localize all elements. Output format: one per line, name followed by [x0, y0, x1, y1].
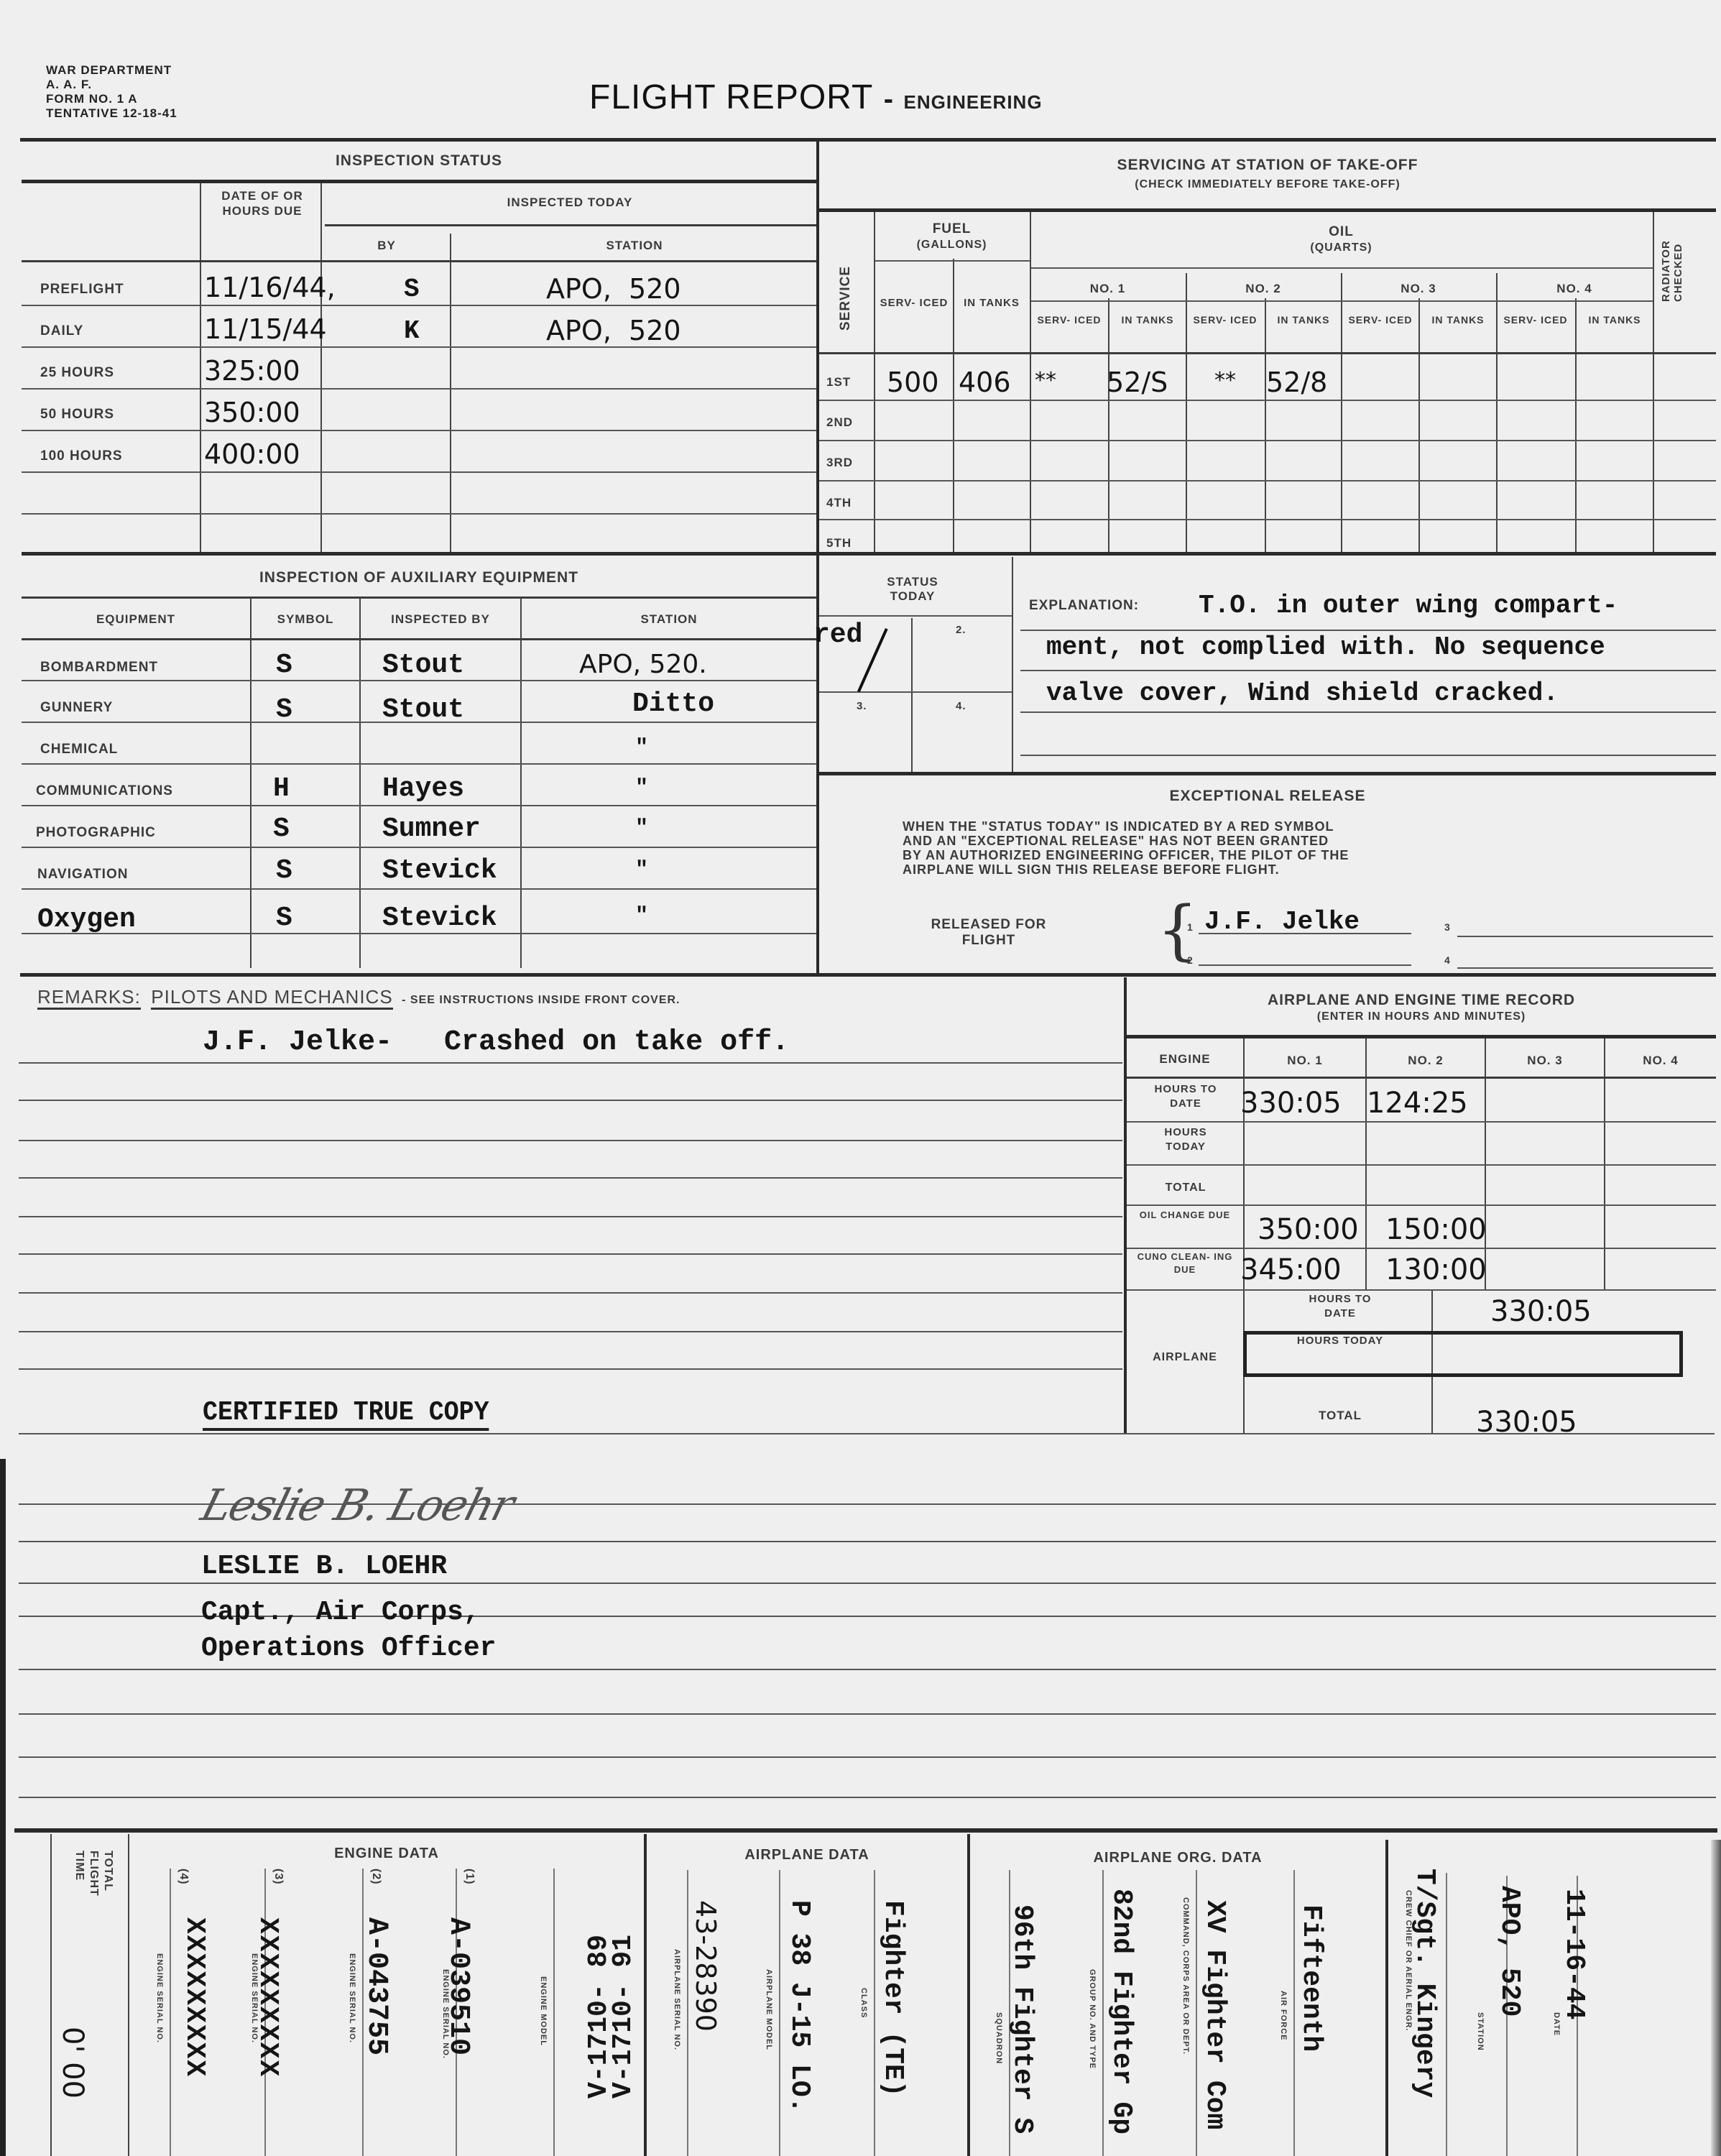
divider: [128, 1834, 129, 2156]
divider: [22, 260, 816, 262]
command-caption: COMMAND, CORPS AREA OR DEPT.: [1181, 1897, 1190, 2055]
divider: [1127, 1121, 1716, 1123]
divider: [520, 598, 522, 968]
signer-rank: Capt., Air Corps,: [201, 1597, 480, 1628]
row-label: 50 HOURS: [40, 407, 114, 423]
divider: [1457, 967, 1713, 969]
group-caption: GROUP NO. AND TYPE: [1088, 1969, 1097, 2069]
engine-no-4: NO. 4: [1496, 282, 1653, 296]
station-value: ": [635, 816, 648, 841]
oil3-in-tanks-header: IN TANKS: [1421, 313, 1495, 326]
equipment-label: PHOTOGRAPHIC: [36, 825, 156, 841]
divider: [1031, 300, 1653, 302]
release-slot-1: 1: [1187, 921, 1194, 933]
divider: [22, 680, 816, 681]
total-flight-time-value: 0' 00: [56, 2027, 89, 2099]
inspected-by-value: Hayes: [382, 773, 464, 804]
servicing-title: SERVICING AT STATION OF TAKE-OFF: [819, 157, 1716, 174]
divider: [14, 1828, 1717, 1833]
time-value: 330:05: [1240, 1087, 1342, 1120]
divider: [450, 234, 451, 553]
air-force-caption: AIR FORCE: [1279, 1991, 1288, 2041]
explanation-line: ment, not complied with. No sequence: [1046, 632, 1605, 662]
release-signature-1[interactable]: J.F. Jelke: [1204, 907, 1360, 936]
total-flight-time-label: TOTAL FLIGHT TIME: [72, 1851, 115, 1930]
station-value: APO, 520.: [579, 650, 707, 679]
symbol-value: S: [273, 814, 290, 844]
form-info-line: TENTATIVE 12-18-41: [46, 106, 177, 121]
inspected-by-value: Stout: [382, 694, 464, 725]
station-value: Ditto: [632, 688, 714, 719]
divider: [1199, 933, 1411, 934]
row-label: DAILY: [40, 323, 83, 339]
inspected-by-value: Stout: [382, 650, 464, 681]
release-slot-3: 3: [1444, 921, 1451, 933]
airplane-row-label: HOURS TODAY: [1293, 1334, 1387, 1348]
divider: [819, 352, 1716, 354]
due-value: 325:00: [204, 355, 300, 387]
engine-serial-num: (1): [463, 1869, 476, 1885]
instruction-line: AIRPLANE WILL SIGN THIS RELEASE BEFORE F…: [903, 862, 1635, 877]
station-value: ": [635, 776, 648, 801]
squadron-caption: SQUADRON: [995, 2012, 1003, 2064]
oil2-serviced-value: **: [1214, 368, 1236, 393]
engine-no-1: NO. 1: [1030, 282, 1186, 296]
engine-serial-value: A-043755: [360, 1917, 392, 2055]
row-label: 25 HOURS: [40, 365, 114, 381]
squadron-value: 96th Fighter S: [1007, 1904, 1038, 2134]
title-main: FLIGHT REPORT: [589, 78, 873, 116]
equipment-label: CHEMICAL: [40, 742, 118, 757]
due-value: 11/16/44,: [204, 272, 336, 303]
oil4-serviced-header: SERV- ICED: [1498, 313, 1573, 326]
service-row-label: 1ST: [826, 375, 851, 390]
crew-chief-value: T/Sgt. Kingery: [1409, 1869, 1440, 2098]
time-value: 150:00: [1385, 1213, 1487, 1246]
divider: [1496, 273, 1498, 552]
divider: [953, 259, 954, 552]
fuel-in-tanks-value: 406: [959, 367, 1011, 398]
due-value: 350:00: [204, 397, 300, 428]
org-data-label: AIRPLANE ORG. DATA: [970, 1850, 1385, 1866]
engine-serial-num: (4): [177, 1869, 190, 1885]
airplane-hours-to-date: 330:05: [1490, 1295, 1592, 1328]
instruction-line: AND AN "EXCEPTIONAL RELEASE" HAS NOT BEE…: [903, 834, 1635, 848]
divider: [1127, 1289, 1716, 1291]
form-info-line: WAR DEPARTMENT: [46, 63, 177, 78]
time-value: 345:00: [1240, 1253, 1342, 1286]
instruction-line: BY AN AUTHORIZED ENGINEERING OFFICER, TH…: [903, 848, 1635, 862]
time-row-label: CUNO CLEAN- ING DUE: [1131, 1250, 1239, 1276]
divider: [1030, 212, 1031, 552]
engine-serial-num: (2): [369, 1869, 382, 1885]
explanation-line: T.O. in outer wing compart-: [1199, 591, 1618, 620]
remarks-line-1[interactable]: J.F. Jelke- Crashed on take off.: [203, 1026, 789, 1059]
service-row-label: 4TH: [826, 496, 852, 510]
station-value: APO, 520: [546, 315, 681, 346]
exceptional-release-title: EXCEPTIONAL RELEASE: [819, 788, 1716, 805]
status-mark-text: red: [813, 619, 862, 650]
divider: [819, 208, 1716, 212]
airplane-class-value: Fighter (TE): [877, 1900, 908, 2097]
air-force-value: Fifteenth: [1296, 1904, 1326, 2052]
radiator-label: RADIATOR CHECKED: [1660, 208, 1684, 302]
divider: [22, 471, 816, 473]
title-subtitle: ENGINEERING: [904, 91, 1043, 113]
form-info-line: FORM NO. 1 A: [46, 92, 177, 106]
service-row-label: 2ND: [826, 415, 853, 430]
time-row-label: HOURS TO DATE: [1143, 1082, 1229, 1111]
engine-serial-caption: ENGINE SERIAL NO.: [250, 1953, 259, 2043]
service-row-label: 5TH: [826, 536, 852, 550]
divider: [20, 138, 1716, 142]
col-header-inspected-today: INSPECTED TODAY: [323, 195, 816, 210]
divider: [50, 1834, 52, 2156]
flight-report-form: WAR DEPARTMENT A. A. F. FORM NO. 1 A TEN…: [0, 0, 1721, 2156]
time-engine-no-1: NO. 1: [1245, 1054, 1365, 1068]
divider: [1127, 1035, 1716, 1038]
equipment-label: GUNNERY: [40, 700, 113, 716]
divider: [816, 140, 819, 974]
oil-label: OIL: [1030, 224, 1653, 240]
divider: [1127, 1204, 1716, 1206]
equipment-label: NAVIGATION: [37, 867, 128, 883]
time-row-label: TOTAL: [1143, 1181, 1229, 1194]
airplane-model-caption: AIRPLANE MODEL: [765, 1969, 773, 2050]
aux-equipment-title: INSPECTION OF AUXILIARY EQUIPMENT: [22, 569, 816, 586]
status-today-title: STATUS TODAY: [869, 575, 956, 604]
station-caption: STATION: [1476, 2012, 1485, 2051]
page-title: FLIGHT REPORT - ENGINEERING: [589, 78, 1043, 117]
divider: [1127, 1077, 1716, 1079]
col-header-station: STATION: [453, 239, 816, 253]
divider: [22, 388, 816, 390]
time-record-subtitle: (ENTER IN HOURS AND MINUTES): [1127, 1010, 1716, 1023]
service-row-label: 3RD: [826, 456, 853, 470]
col-header-due: DATE OF OR HOURS DUE: [208, 188, 316, 218]
oil1-serviced-header: SERV- ICED: [1032, 313, 1107, 326]
divider: [22, 552, 1716, 556]
oil2-in-tanks-header: IN TANKS: [1266, 313, 1341, 326]
divider: [1108, 298, 1109, 552]
airplane-row-label: TOTAL: [1293, 1409, 1387, 1423]
engine-serial-caption: ENGINE SERIAL NO.: [348, 1953, 356, 2043]
symbol-value: S: [276, 903, 292, 934]
equipment-label: BOMBARDMENT: [40, 660, 158, 676]
airplane-total: 330:05: [1476, 1406, 1577, 1439]
fuel-label: FUEL: [874, 221, 1030, 237]
remarks-label: REMARKS:: [37, 986, 141, 1010]
divider: [1031, 267, 1653, 269]
divider: [22, 305, 816, 306]
inspection-status-title: INSPECTION STATUS: [22, 152, 816, 170]
remarks-header: REMARKS: PILOTS AND MECHANICS - SEE INST…: [37, 986, 680, 1008]
divider: [819, 691, 1012, 693]
engine-serial-value: XXXXXXXXX: [179, 1917, 210, 2078]
date-value: 11-16-44: [1559, 1889, 1589, 2019]
col-header-by: BY: [323, 239, 450, 253]
inspected-by-value: Sumner: [382, 814, 481, 844]
engine-data-label: ENGINE DATA: [129, 1846, 644, 1862]
divider: [819, 615, 1012, 617]
divider: [911, 618, 913, 773]
divider: [325, 224, 816, 226]
divider: [200, 183, 201, 553]
time-engine-no-2: NO. 2: [1367, 1054, 1485, 1068]
time-value: 350:00: [1258, 1213, 1359, 1246]
divider: [22, 346, 816, 348]
status-cell-2: 2.: [956, 624, 966, 636]
by-value: K: [404, 316, 420, 346]
col-header-equipment: EQUIPMENT: [22, 612, 250, 627]
divider: [22, 805, 816, 806]
fuel-serviced-header: SERV- ICED: [878, 296, 950, 310]
divider: [1418, 298, 1420, 552]
page-edge: [1711, 1840, 1721, 2156]
engine-model-caption: ENGINE MODEL: [539, 1976, 548, 2046]
divider: [22, 933, 816, 934]
divider: [1012, 557, 1013, 773]
oil1-in-tanks-value: 52/S: [1107, 367, 1168, 398]
divider: [819, 400, 1716, 401]
equipment-label: COMMUNICATIONS: [36, 783, 173, 799]
divider: [22, 596, 816, 599]
col-header-inspected-by: INSPECTED BY: [361, 612, 520, 627]
airplane-row-label: HOURS TO DATE: [1293, 1292, 1387, 1321]
release-slot-2: 2: [1187, 954, 1194, 966]
oil-unit: (QUARTS): [1030, 241, 1653, 254]
engine-model-2: V-1710- 91: [608, 1935, 639, 2099]
divider: [1385, 1840, 1388, 2156]
time-engine-no-4: NO. 4: [1605, 1054, 1716, 1068]
status-cell-4: 4.: [956, 700, 966, 712]
divider: [20, 973, 1716, 977]
divider: [1020, 711, 1716, 713]
oil4-in-tanks-header: IN TANKS: [1577, 313, 1652, 326]
command-value: XV Fighter Com: [1199, 1900, 1230, 2129]
symbol-value: H: [273, 773, 290, 804]
divider: [22, 430, 816, 431]
divider: [1575, 298, 1577, 552]
engine-label: ENGINE: [1127, 1052, 1243, 1067]
divider: [1265, 298, 1266, 552]
page-edge: [0, 1459, 6, 2156]
service-label: SERVICE: [838, 266, 854, 331]
divider: [359, 598, 361, 968]
airplane-data-label: AIRPLANE DATA: [647, 1847, 967, 1864]
station-value: APO, 520: [1494, 1886, 1525, 2017]
form-info: WAR DEPARTMENT A. A. F. FORM NO. 1 A TEN…: [46, 63, 177, 121]
inspected-by-value: Stevick: [382, 903, 497, 934]
time-record-title: AIRPLANE AND ENGINE TIME RECORD: [1127, 992, 1716, 1009]
engine-no-3: NO. 3: [1341, 282, 1496, 296]
engine-serial-num: (3): [272, 1869, 285, 1885]
remarks-instructions: - SEE INSTRUCTIONS INSIDE FRONT COVER.: [402, 994, 680, 1006]
explanation-label: EXPLANATION:: [1029, 598, 1139, 614]
col-header-station: STATION: [522, 612, 816, 627]
status-cell-3: 3.: [857, 700, 867, 712]
divider: [967, 1834, 970, 2156]
fuel-in-tanks-header: IN TANKS: [956, 296, 1028, 310]
inspected-by-value: Stevick: [382, 855, 497, 886]
divider: [320, 183, 322, 553]
divider: [22, 847, 816, 848]
signer-name: LESLIE B. LOEHR: [201, 1551, 447, 1582]
time-value: 124:25: [1367, 1087, 1468, 1120]
divider: [874, 212, 875, 552]
symbol-value: S: [276, 650, 292, 681]
due-value: 11/15/44: [204, 313, 327, 345]
engine-no-2: NO. 2: [1186, 282, 1341, 296]
divider: [1186, 273, 1187, 552]
group-value: 82nd Fighter Gp: [1106, 1889, 1137, 2134]
time-value: 130:00: [1385, 1253, 1487, 1286]
divider: [22, 888, 816, 890]
oil1-in-tanks-header: IN TANKS: [1110, 313, 1185, 326]
released-for-flight-label: RELEASED FOR FLIGHT: [903, 917, 1075, 949]
divider: [250, 598, 252, 968]
divider: [1020, 670, 1716, 671]
divider: [819, 440, 1716, 441]
divider: [1127, 1248, 1716, 1249]
servicing-subtitle: (CHECK IMMEDIATELY BEFORE TAKE-OFF): [819, 178, 1716, 191]
divider: [1020, 630, 1716, 631]
equipment-label: Oxygen: [37, 904, 136, 935]
divider: [1127, 1164, 1716, 1166]
oil1-serviced-value: **: [1035, 368, 1056, 393]
fuel-serviced-value: 500: [887, 367, 939, 398]
divider: [819, 519, 1716, 520]
divider: [1020, 755, 1716, 756]
divider: [644, 1834, 647, 2156]
airplane-serial-value: 43-28390: [690, 1900, 721, 2032]
airplane-class-caption: CLASS: [859, 1988, 868, 2018]
title-dash: -: [884, 83, 893, 115]
divider: [1653, 212, 1654, 552]
by-value: S: [404, 275, 420, 304]
divider: [875, 260, 1030, 262]
divider: [22, 763, 816, 765]
engine-serial-caption: ENGINE SERIAL NO.: [441, 1969, 450, 2059]
divider: [22, 722, 816, 723]
explanation-line: valve cover, Wind shield cracked.: [1046, 678, 1559, 708]
engine-serial-caption: ENGINE SERIAL NO.: [155, 1953, 164, 2043]
divider: [1199, 964, 1411, 966]
divider: [1341, 273, 1342, 552]
time-row-label: OIL CHANGE DUE: [1131, 1209, 1239, 1222]
col-header-symbol: SYMBOL: [252, 612, 359, 627]
divider: [22, 180, 816, 183]
divider: [22, 638, 816, 640]
symbol-value: S: [276, 694, 292, 725]
row-label: PREFLIGHT: [40, 282, 124, 298]
instruction-line: WHEN THE "STATUS TODAY" IS INDICATED BY …: [903, 819, 1635, 834]
station-value: ": [635, 904, 648, 929]
station-value: ": [635, 858, 648, 883]
pilots-mechanics-label: PILOTS AND MECHANICS: [151, 986, 392, 1010]
form-info-line: A. A. F.: [46, 78, 177, 92]
exceptional-release-instructions: WHEN THE "STATUS TODAY" IS INDICATED BY …: [903, 819, 1635, 877]
airplane-model-value: P 38 J-15 LO.: [784, 1900, 815, 2113]
oil2-in-tanks-value: 52/8: [1266, 367, 1327, 398]
airplane-label: AIRPLANE: [1127, 1351, 1243, 1364]
handwritten-signature: Leslie B. Loehr: [196, 1480, 519, 1531]
airplane-serial-caption: AIRPLANE SERIAL NO.: [673, 1949, 681, 2050]
divider: [819, 480, 1716, 482]
station-value: APO, 520: [546, 273, 681, 305]
signer-title: Operations Officer: [201, 1633, 496, 1664]
row-label: 100 HOURS: [40, 448, 123, 464]
station-value: ": [635, 736, 648, 760]
divider: [819, 772, 1716, 775]
due-value: 400:00: [204, 438, 300, 470]
symbol-value: S: [276, 855, 292, 886]
oil2-serviced-header: SERV- ICED: [1188, 313, 1263, 326]
time-row-label: HOURS TODAY: [1143, 1125, 1229, 1154]
divider: [1457, 936, 1713, 937]
divider: [22, 513, 816, 515]
time-engine-no-3: NO. 3: [1486, 1054, 1604, 1068]
release-slot-4: 4: [1444, 954, 1451, 966]
fuel-unit: (GALLONS): [874, 239, 1030, 252]
certified-true-copy: CERTIFIED TRUE COPY: [203, 1397, 489, 1431]
oil3-serviced-header: SERV- ICED: [1343, 313, 1418, 326]
